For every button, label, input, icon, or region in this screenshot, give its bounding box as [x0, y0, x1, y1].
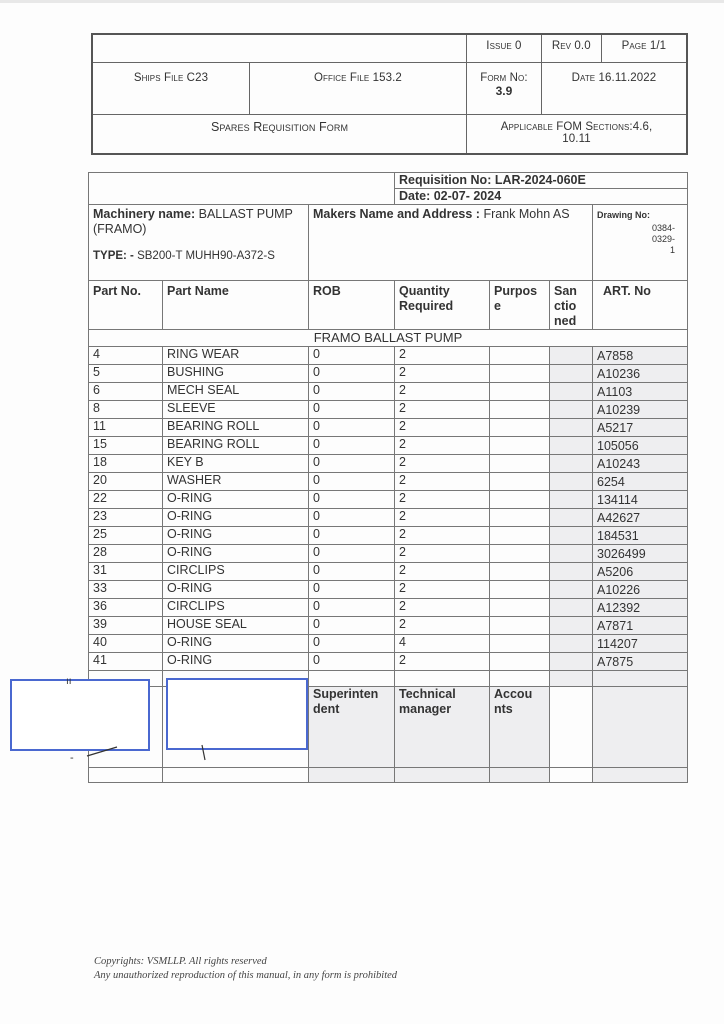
rob-cell: 0: [309, 581, 395, 599]
part-name-cell: O-RING: [163, 491, 309, 509]
part-name-cell: CIRCLIPS: [163, 563, 309, 581]
page-edge: [0, 0, 724, 3]
part-name-cell: HOUSE SEAL: [163, 617, 309, 635]
quantity-cell: 2: [395, 545, 490, 563]
part-name-cell: MECH SEAL: [163, 383, 309, 401]
empty-cell: [550, 671, 593, 687]
sanctioned-cell: [550, 347, 593, 365]
sig-blank-2: [593, 687, 688, 768]
purpose-cell: [490, 527, 550, 545]
part-name-cell: O-RING: [163, 653, 309, 671]
purpose-cell: [490, 383, 550, 401]
purpose-cell: [490, 401, 550, 419]
purpose-cell: [490, 365, 550, 383]
part-no-cell: 20: [89, 473, 163, 491]
table-row: 22O-RING02134114: [89, 491, 688, 509]
purpose-cell: [490, 347, 550, 365]
rob-cell: 0: [309, 383, 395, 401]
form-no-label: Form No:: [470, 72, 538, 84]
sig-cell: [550, 768, 593, 783]
parts-rows: 4RING WEAR02A78585BUSHING02A102366MECH S…: [89, 347, 688, 671]
art-no-cell: 105056: [593, 437, 688, 455]
quantity-cell: 2: [395, 455, 490, 473]
drawing-label: Drawing No:: [597, 208, 683, 223]
rob-cell: 0: [309, 401, 395, 419]
part-name-cell: WASHER: [163, 473, 309, 491]
rob-cell: 0: [309, 419, 395, 437]
part-name-cell: BUSHING: [163, 365, 309, 383]
art-no-cell: A5206: [593, 563, 688, 581]
drawing-line-1: 0384-: [597, 223, 683, 234]
empty-cell: [490, 671, 550, 687]
col-part-name: Part Name: [163, 281, 309, 330]
quantity-cell: 2: [395, 563, 490, 581]
sanctioned-cell: [550, 527, 593, 545]
rob-cell: 0: [309, 527, 395, 545]
part-name-cell: BEARING ROLL: [163, 437, 309, 455]
part-name-cell: RING WEAR: [163, 347, 309, 365]
sanctioned-cell: [550, 383, 593, 401]
part-name-cell: SLEEVE: [163, 401, 309, 419]
quantity-cell: 2: [395, 347, 490, 365]
quantity-cell: 2: [395, 509, 490, 527]
art-no-cell: A7875: [593, 653, 688, 671]
signature-stroke: [85, 744, 125, 758]
empty-cell: [593, 671, 688, 687]
redacted-stamp-chief-engineer: [10, 679, 150, 751]
table-row: 28O-RING023026499: [89, 545, 688, 563]
table-row: 4RING WEAR02A7858: [89, 347, 688, 365]
applicable-sections: Applicable FOM Sections:4.6, 10.11: [467, 114, 687, 154]
part-no-cell: 36: [89, 599, 163, 617]
art-no-cell: 114207: [593, 635, 688, 653]
sanctioned-cell: [550, 509, 593, 527]
part-no-cell: 8: [89, 401, 163, 419]
part-no-cell: 23: [89, 509, 163, 527]
part-no-cell: 25: [89, 527, 163, 545]
quantity-cell: 2: [395, 365, 490, 383]
requisition-blank: [89, 173, 395, 205]
table-row: 25O-RING02184531: [89, 527, 688, 545]
sanctioned-cell: [550, 653, 593, 671]
rob-cell: 0: [309, 653, 395, 671]
table-row: 6MECH SEAL02A1103: [89, 383, 688, 401]
sanctioned-cell: [550, 563, 593, 581]
col-purpose: Purpos e: [490, 281, 550, 330]
table-row: 31CIRCLIPS02A5206: [89, 563, 688, 581]
rob-cell: 0: [309, 563, 395, 581]
part-no-cell: 31: [89, 563, 163, 581]
sanctioned-cell: [550, 599, 593, 617]
rob-cell: 0: [309, 545, 395, 563]
copyright-footer: Copyrights: VSMLLP. All rights reserved …: [94, 955, 397, 983]
issue-label: Issue 0: [467, 34, 542, 62]
table-row: 11BEARING ROLL02A5217: [89, 419, 688, 437]
rob-cell: 0: [309, 617, 395, 635]
sanctioned-cell: [550, 581, 593, 599]
quantity-cell: 2: [395, 617, 490, 635]
quantity-cell: 2: [395, 653, 490, 671]
art-no-cell: A10236: [593, 365, 688, 383]
copyright-line: Copyrights: VSMLLP. All rights reserved: [94, 955, 397, 969]
quantity-cell: 2: [395, 599, 490, 617]
rob-cell: 0: [309, 509, 395, 527]
purpose-cell: [490, 437, 550, 455]
part-name-cell: CIRCLIPS: [163, 599, 309, 617]
type-label: TYPE: -: [93, 250, 134, 262]
sig-cell: [395, 768, 490, 783]
column-headers: Part No. Part Name ROB Quantity Required…: [89, 281, 688, 330]
part-no-cell: 41: [89, 653, 163, 671]
art-no-cell: A12392: [593, 599, 688, 617]
art-no-cell: A1103: [593, 383, 688, 401]
ships-file: Ships File C23: [92, 62, 249, 114]
quantity-cell: 4: [395, 635, 490, 653]
makers-label: Makers Name and Address :: [313, 207, 480, 221]
part-no-cell: 33: [89, 581, 163, 599]
table-row: 15BEARING ROLL02105056: [89, 437, 688, 455]
sig-cell: [593, 768, 688, 783]
table-row: 5BUSHING02A10236: [89, 365, 688, 383]
pen-mark: ıı: [66, 676, 72, 687]
col-part-no: Part No.: [89, 281, 163, 330]
col-rob: ROB: [309, 281, 395, 330]
requisition-date: Date: 02-07- 2024: [395, 189, 688, 205]
type-value: SB200-T MUHH90-A372-S: [137, 250, 275, 262]
part-name-cell: O-RING: [163, 545, 309, 563]
purpose-cell: [490, 617, 550, 635]
page-label: Page 1/1: [601, 34, 687, 62]
pen-mark: -: [70, 752, 74, 764]
rob-cell: 0: [309, 347, 395, 365]
form-date: Date 16.11.2022: [541, 62, 687, 114]
purpose-cell: [490, 509, 550, 527]
part-no-cell: 15: [89, 437, 163, 455]
part-name-cell: O-RING: [163, 527, 309, 545]
quantity-cell: 2: [395, 419, 490, 437]
art-no-cell: A10239: [593, 401, 688, 419]
quantity-cell: 2: [395, 383, 490, 401]
part-no-cell: 6: [89, 383, 163, 401]
machinery-name-label: Machinery name:: [93, 207, 195, 221]
quantity-cell: 2: [395, 473, 490, 491]
rob-cell: 0: [309, 365, 395, 383]
art-no-cell: A42627: [593, 509, 688, 527]
rob-cell: 0: [309, 437, 395, 455]
drawing-line-2: 0329-: [597, 234, 683, 245]
part-name-cell: O-RING: [163, 581, 309, 599]
table-row: 40O-RING04114207: [89, 635, 688, 653]
part-no-cell: 4: [89, 347, 163, 365]
machinery-cell: Machinery name: BALLAST PUMP (FRAMO) TYP…: [89, 205, 309, 281]
rev-label: Rev 0.0: [541, 34, 601, 62]
part-no-cell: 40: [89, 635, 163, 653]
art-no-cell: 6254: [593, 473, 688, 491]
purpose-cell: [490, 635, 550, 653]
part-no-cell: 28: [89, 545, 163, 563]
sanctioned-cell: [550, 473, 593, 491]
header-blank: [92, 34, 467, 62]
sig-blank-1: [550, 687, 593, 768]
part-no-cell: 5: [89, 365, 163, 383]
purpose-cell: [490, 473, 550, 491]
office-file: Office File 153.2: [249, 62, 466, 114]
art-no-cell: 134114: [593, 491, 688, 509]
part-no-cell: 39: [89, 617, 163, 635]
part-name-cell: O-RING: [163, 509, 309, 527]
purpose-cell: [490, 653, 550, 671]
purpose-cell: [490, 563, 550, 581]
part-no-cell: 11: [89, 419, 163, 437]
art-no-cell: A10226: [593, 581, 688, 599]
form-number: Form No: 3.9: [467, 62, 542, 114]
part-no-cell: 18: [89, 455, 163, 473]
sig-superintendent: Superinten dent: [309, 687, 395, 768]
table-row: 41O-RING02A7875: [89, 653, 688, 671]
purpose-cell: [490, 419, 550, 437]
purpose-cell: [490, 599, 550, 617]
quantity-cell: 2: [395, 581, 490, 599]
sanctioned-cell: [550, 437, 593, 455]
sig-cell: [309, 768, 395, 783]
art-no-cell: 184531: [593, 527, 688, 545]
rob-cell: 0: [309, 599, 395, 617]
purpose-cell: [490, 581, 550, 599]
rob-cell: 0: [309, 473, 395, 491]
makers-cell: Makers Name and Address : Frank Mohn AS: [309, 205, 593, 281]
signature-stroke: [200, 744, 208, 762]
sanctioned-cell: [550, 617, 593, 635]
art-no-cell: A10243: [593, 455, 688, 473]
sanctioned-cell: [550, 455, 593, 473]
table-row: 36CIRCLIPS02A12392: [89, 599, 688, 617]
col-art-no: ART. No: [593, 281, 688, 330]
sanctioned-cell: [550, 545, 593, 563]
art-no-cell: A7858: [593, 347, 688, 365]
table-row: 18KEY B02A10243: [89, 455, 688, 473]
sanctioned-cell: [550, 419, 593, 437]
quantity-cell: 2: [395, 401, 490, 419]
empty-cell: [309, 671, 395, 687]
signature-bottom-row: [89, 768, 688, 783]
quantity-cell: 2: [395, 491, 490, 509]
sanctioned-cell: [550, 365, 593, 383]
table-row: 33O-RING02A10226: [89, 581, 688, 599]
rob-cell: 0: [309, 491, 395, 509]
section-title: FRAMO BALLAST PUMP: [89, 330, 688, 347]
empty-cell: [395, 671, 490, 687]
art-no-cell: A7871: [593, 617, 688, 635]
purpose-cell: [490, 455, 550, 473]
redacted-stamp-master: [166, 678, 308, 750]
part-no-cell: 22: [89, 491, 163, 509]
col-sanctioned: San ctio ned: [550, 281, 593, 330]
purpose-cell: [490, 545, 550, 563]
sig-accounts: Accou nts: [490, 687, 550, 768]
form-no-value: 3.9: [470, 84, 538, 98]
art-no-cell: A5217: [593, 419, 688, 437]
sig-cell: [490, 768, 550, 783]
rob-cell: 0: [309, 635, 395, 653]
quantity-cell: 2: [395, 437, 490, 455]
sig-cell: [163, 768, 309, 783]
reproduction-notice: Any unauthorized reproduction of this ma…: [94, 969, 397, 983]
part-name-cell: O-RING: [163, 635, 309, 653]
form-header: Issue 0 Rev 0.0 Page 1/1 Ships File C23 …: [91, 33, 688, 155]
col-quantity: Quantity Required: [395, 281, 490, 330]
quantity-cell: 2: [395, 527, 490, 545]
sanctioned-cell: [550, 401, 593, 419]
part-name-cell: KEY B: [163, 455, 309, 473]
sanctioned-cell: [550, 635, 593, 653]
makers-value: Frank Mohn AS: [483, 207, 569, 221]
rob-cell: 0: [309, 455, 395, 473]
drawing-cell: Drawing No: 0384- 0329- 1: [593, 205, 688, 281]
requisition-number: Requisition No: LAR-2024-060E: [395, 173, 688, 189]
drawing-line-3: 1: [597, 245, 683, 256]
table-row: 39HOUSE SEAL02A7871: [89, 617, 688, 635]
table-row: 20WASHER026254: [89, 473, 688, 491]
art-no-cell: 3026499: [593, 545, 688, 563]
sig-technical-manager: Technical manager: [395, 687, 490, 768]
part-name-cell: BEARING ROLL: [163, 419, 309, 437]
purpose-cell: [490, 491, 550, 509]
table-row: 8SLEEVE02A10239: [89, 401, 688, 419]
sanctioned-cell: [550, 491, 593, 509]
form-title: Spares Requisition Form: [92, 114, 467, 154]
sig-cell: [89, 768, 163, 783]
table-row: 23O-RING02A42627: [89, 509, 688, 527]
